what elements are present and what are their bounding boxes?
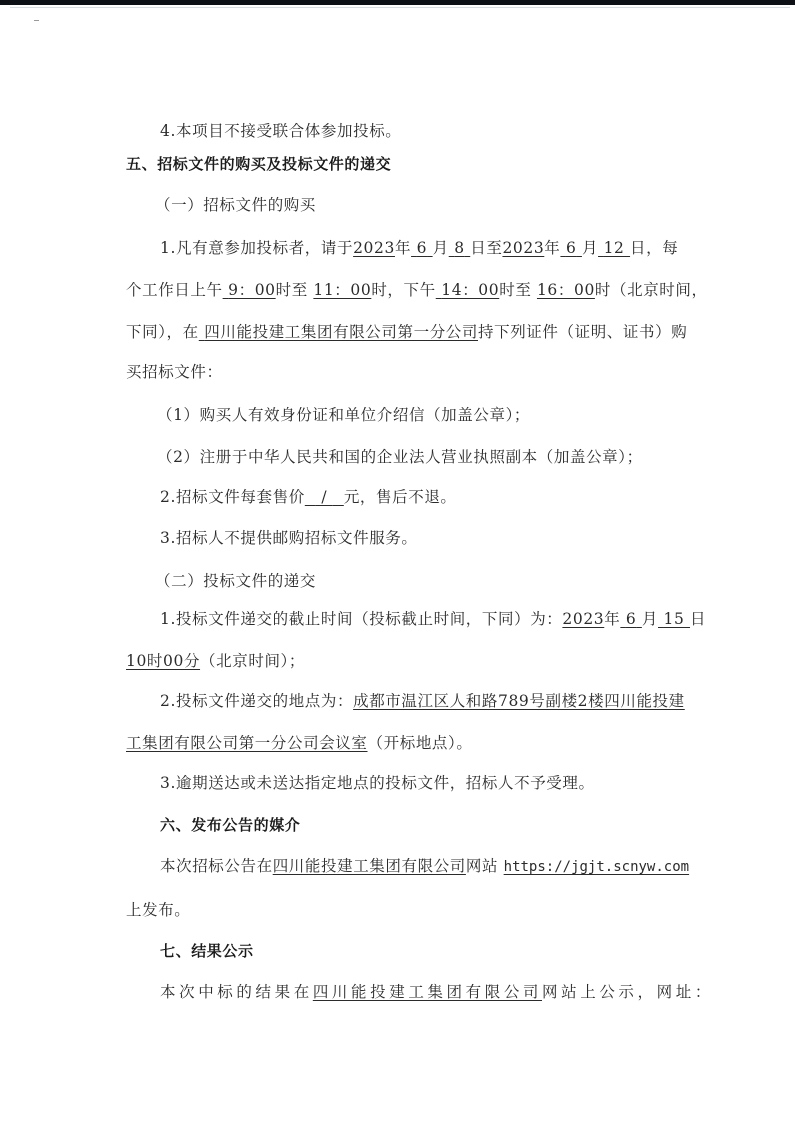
submission-room: 工集团有限公司第一分公司会议室 xyxy=(126,734,368,752)
section-6-heading: 六、发布公告的媒介 xyxy=(160,815,300,835)
purchase-hours-line: 个工作日上午 9：00时至 11：00时，下午 14：00时至 16：00时（北… xyxy=(126,280,708,300)
scan-edge-line xyxy=(10,7,790,8)
deadline-day: 15 xyxy=(658,610,690,628)
purchase-company: 四川能投建工集团有限公司第一分公司 xyxy=(199,323,478,341)
no-mail-line: 3.招标人不提供邮购招标文件服务。 xyxy=(160,528,418,548)
am-end: 11：00 xyxy=(313,281,371,299)
section-5-heading: 五、招标文件的购买及投标文件的递交 xyxy=(126,154,391,174)
end-day: 12 xyxy=(598,239,630,257)
purchase-docs-line: 买招标文件： xyxy=(126,362,223,382)
section-7-heading: 七、结果公示 xyxy=(160,941,254,961)
media-company: 四川能投建工集团有限公司 xyxy=(273,857,466,875)
start-year: 2023 xyxy=(353,239,395,257)
media-line-2: 上发布。 xyxy=(126,900,190,920)
scan-top-border xyxy=(0,0,795,5)
media-line: 本次招标公告在四川能投建工集团有限公司网站 https://jgjt.scnyw… xyxy=(160,856,689,877)
clause-4-consortium: 4.本项目不接受联合体参加投标。 xyxy=(160,121,401,141)
pm-start: 14：00 xyxy=(436,281,499,299)
required-doc-1: （1）购买人有效身份证和单位介绍信（加盖公章）； xyxy=(157,405,530,425)
purchase-location-line: 下同），在 四川能投建工集团有限公司第一分公司持下列证件（证明、证书）购 xyxy=(126,322,687,342)
start-day: 8 xyxy=(449,239,471,257)
result-company: 四川能投建工集团有限公司 xyxy=(313,983,542,1001)
result-line: 本次中标的结果在四川能投建工集团有限公司网站上公示，网址： xyxy=(160,982,714,1002)
deadline-line: 1.投标文件递交的截止时间（投标截止时间，下同）为：2023年 6 月 15 日 xyxy=(160,609,706,629)
website-link[interactable]: https://jgjt.scnyw.com xyxy=(504,859,689,875)
required-doc-2: （2）注册于中华人民共和国的企业法人营业执照副本（加盖公章）； xyxy=(157,447,643,467)
deadline-month: 6 xyxy=(620,610,642,628)
subsection-1-heading: （一）招标文件的购买 xyxy=(155,195,316,215)
end-month: 6 xyxy=(560,239,582,257)
purchase-period-line: 1.凡有意参加投标者，请于2023年 6 月 8 日至2023年 6 月 12 … xyxy=(160,238,678,258)
am-start: 9：00 xyxy=(223,281,276,299)
end-year: 2023 xyxy=(502,239,544,257)
scan-mark xyxy=(34,20,39,21)
late-submission-line: 3.逾期送达或未送达指定地点的投标文件，招标人不予受理。 xyxy=(160,773,595,793)
price-line: 2.招标文件每套售价 / 元，售后不退。 xyxy=(160,487,457,507)
deadline-time: 10时00分 xyxy=(126,652,200,670)
submission-address: 成都市温江区人和路789号副楼2楼四川能投建 xyxy=(353,692,685,710)
submission-location-line-2: 工集团有限公司第一分公司会议室（开标地点）。 xyxy=(126,733,472,753)
subsection-2-heading: （二）投标文件的递交 xyxy=(155,571,316,591)
submission-location-line: 2.投标文件递交的地点为：成都市温江区人和路789号副楼2楼四川能投建 xyxy=(160,691,685,711)
deadline-time-line: 10时00分（北京时间）； xyxy=(126,651,305,671)
price-value: / xyxy=(305,488,344,506)
deadline-year: 2023 xyxy=(562,610,604,628)
pm-end: 16：00 xyxy=(537,281,595,299)
start-month: 6 xyxy=(411,239,433,257)
